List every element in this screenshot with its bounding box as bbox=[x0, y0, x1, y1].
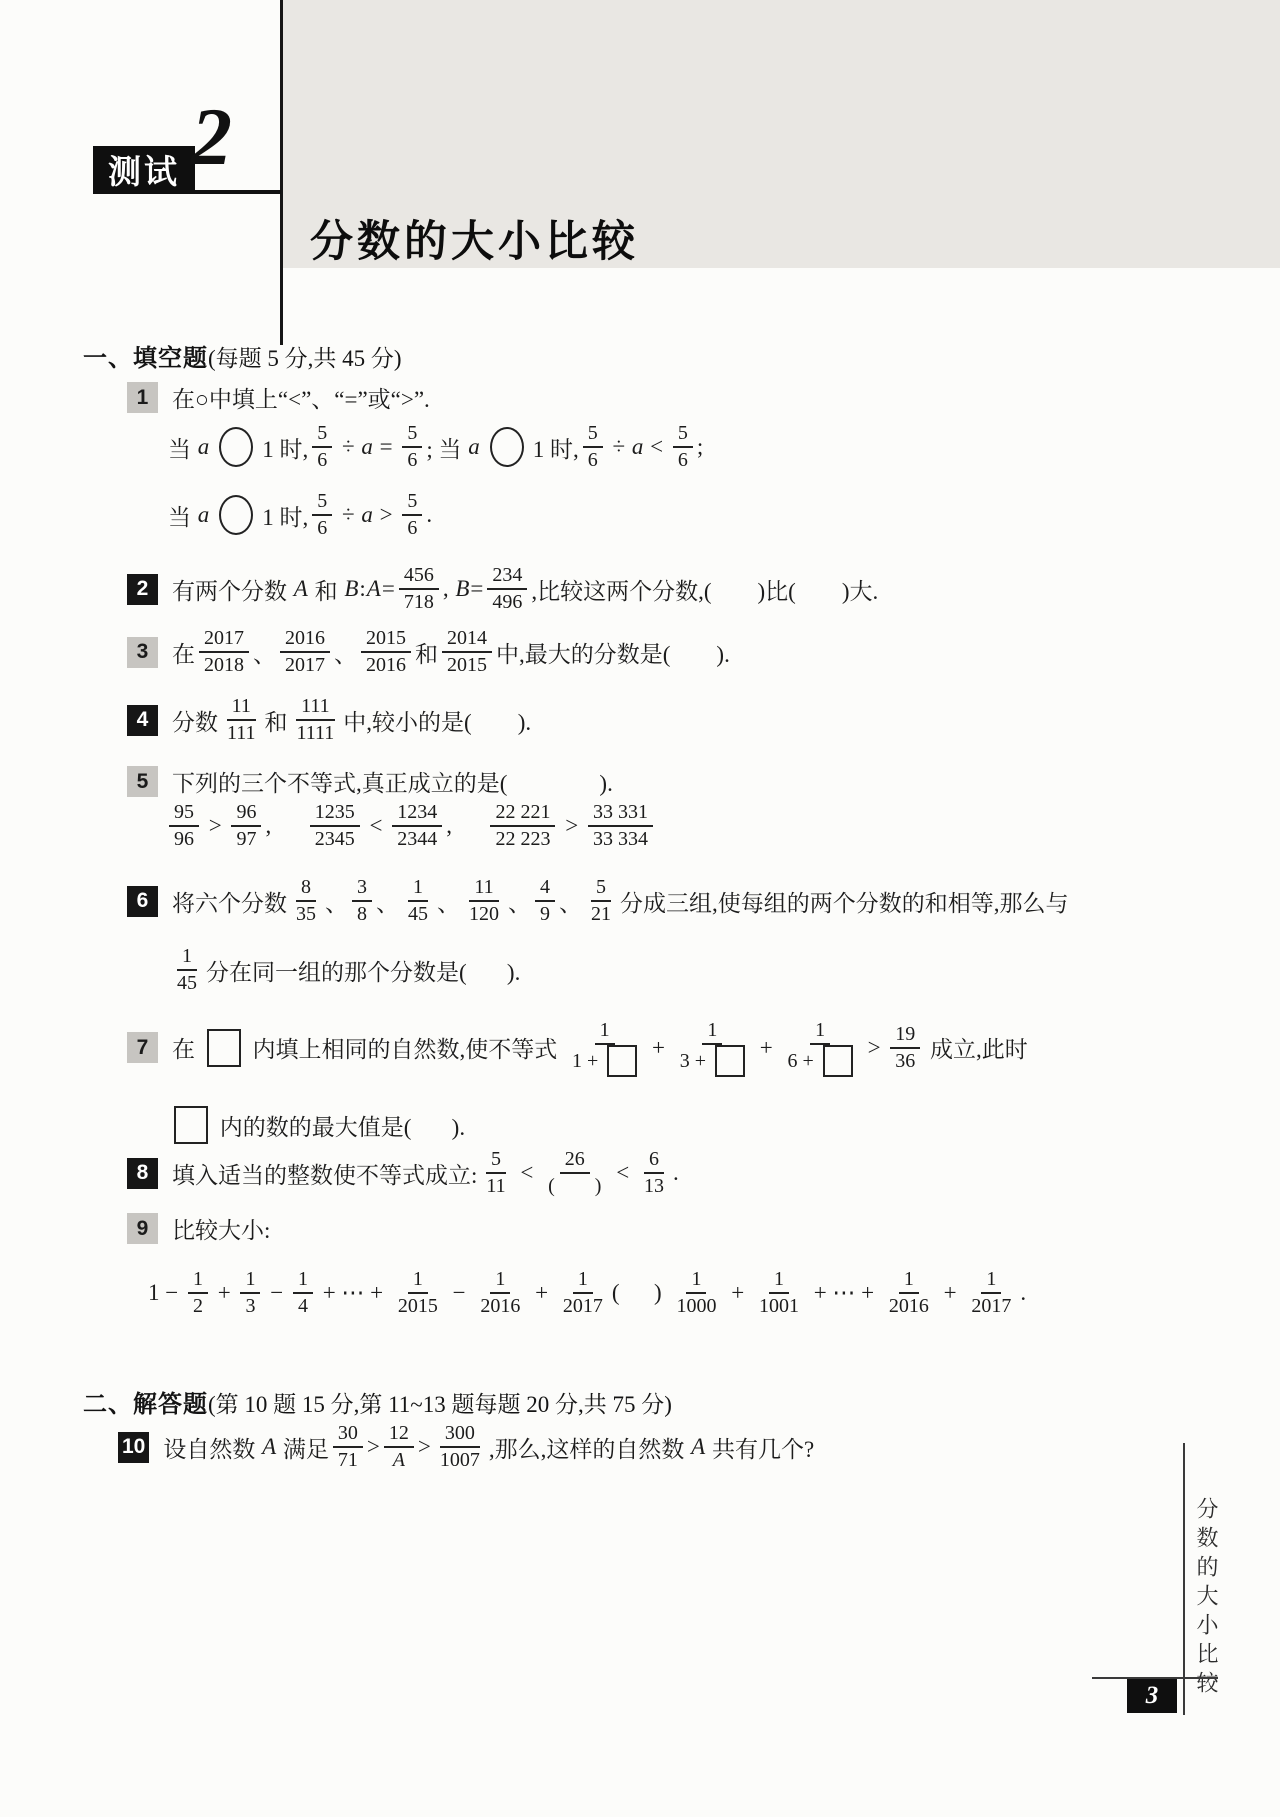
text-run: 成立,此时 bbox=[924, 1031, 1028, 1064]
fraction: 11001 bbox=[754, 1267, 804, 1319]
text-run: 设自然数 bbox=[163, 1431, 261, 1464]
text-run: 5 bbox=[596, 875, 606, 900]
text-run: 中,较小的是( ). bbox=[343, 704, 531, 737]
text-run: 1 bbox=[904, 1267, 914, 1292]
text-run: 在○中填上“<”、“=”或“>”. bbox=[172, 381, 430, 414]
fraction: 49 bbox=[535, 875, 555, 927]
text-run: 2016 bbox=[285, 626, 325, 651]
text-run: 2017 bbox=[285, 653, 325, 678]
fraction: 16 + bbox=[783, 1018, 858, 1077]
question-6-line-2: 145分在同一组的那个分数是( ). bbox=[168, 944, 520, 996]
text-run: 、 bbox=[437, 885, 460, 918]
section-1-heading: 一、填空题(每题 5 分,共 45 分) bbox=[83, 338, 402, 373]
test-label: 测试 bbox=[108, 146, 180, 193]
fraction-denominator: 1 + bbox=[567, 1045, 642, 1077]
fraction-denominator: 97 bbox=[231, 827, 261, 852]
fraction: 56 bbox=[312, 421, 332, 473]
text-run: 21 bbox=[591, 902, 611, 927]
fraction: 20152016 bbox=[361, 626, 411, 678]
fraction-denominator: 120 bbox=[464, 902, 504, 927]
text-run: 456 bbox=[404, 563, 434, 588]
fraction: 20172018 bbox=[199, 626, 249, 678]
text-run: 9 bbox=[540, 902, 550, 927]
math-variable: a bbox=[197, 434, 211, 460]
text-run: 中,最大的分数是( ). bbox=[496, 636, 730, 669]
text-run: 将六个分数 bbox=[172, 885, 287, 918]
fraction: 11120 bbox=[464, 875, 504, 927]
fraction-numerator: 3 bbox=[352, 875, 372, 902]
text-run: = bbox=[470, 576, 483, 602]
question-5-badge: 5 bbox=[127, 766, 158, 797]
text-run: 1 bbox=[193, 1267, 203, 1292]
text-run: < bbox=[610, 1160, 634, 1186]
fraction-numerator: 2015 bbox=[361, 626, 411, 653]
fraction-denominator: 2016 bbox=[475, 1294, 525, 1319]
square-placeholder bbox=[715, 1045, 745, 1077]
fraction: 521 bbox=[586, 875, 616, 927]
fraction: 12352345 bbox=[310, 800, 360, 852]
question-3-line-1: 3在20172018、20162017、20152016和20142015中,最… bbox=[127, 626, 730, 678]
text-run: 1000 bbox=[676, 1294, 716, 1319]
text-run: 26 bbox=[565, 1147, 585, 1172]
text-run: 1007 bbox=[440, 1448, 480, 1473]
text-run: 4 bbox=[298, 1294, 308, 1319]
text-run: 120 bbox=[469, 902, 499, 927]
fraction-numerator: 1 bbox=[981, 1267, 1001, 1294]
square-placeholder bbox=[207, 1029, 241, 1067]
fraction: 56 bbox=[583, 421, 603, 473]
text-run: > bbox=[367, 1434, 380, 1460]
text-run: 、 bbox=[559, 885, 582, 918]
side-tab-title: 分数的大小比较 bbox=[1191, 1497, 1222, 1700]
math-variable: A bbox=[366, 576, 382, 602]
fraction-denominator: 33 334 bbox=[588, 827, 653, 852]
fraction-numerator: 1 bbox=[595, 1018, 615, 1045]
question-7-line-2: 内的数的最大值是( ). bbox=[168, 1106, 465, 1144]
text-run: 和 bbox=[309, 573, 344, 606]
fraction: 20162017 bbox=[280, 626, 330, 678]
worksheet-page: 测试 2 分数的大小比较 一、填空题(每题 5 分,共 45 分) 二、解答题(… bbox=[0, 0, 1280, 1817]
text-run: 1 时, bbox=[262, 431, 308, 464]
fraction-numerator: 456 bbox=[399, 563, 439, 590]
fraction-numerator: 5 bbox=[673, 421, 693, 448]
fraction: 234496 bbox=[487, 563, 527, 615]
fraction-denominator: 96 bbox=[169, 827, 199, 852]
fraction-denominator: 6 bbox=[673, 448, 693, 473]
math-variable: A bbox=[261, 1434, 277, 1460]
fraction: 835 bbox=[291, 875, 321, 927]
text-run: 8 bbox=[301, 875, 311, 900]
fraction-numerator: 1 bbox=[899, 1267, 919, 1294]
text-run: 在 bbox=[172, 1031, 201, 1064]
text-run: + bbox=[212, 1280, 236, 1306]
fraction-denominator: 6 + bbox=[783, 1045, 858, 1077]
fraction-denominator: 2015 bbox=[393, 1294, 443, 1319]
fraction-numerator: 1 bbox=[408, 1267, 428, 1294]
text-run: 2344 bbox=[397, 827, 437, 852]
fraction: 1936 bbox=[890, 1022, 920, 1074]
fraction: 12A bbox=[384, 1421, 414, 1473]
fraction-numerator: 11 bbox=[227, 694, 256, 721]
fraction: 56 bbox=[402, 421, 422, 473]
math-variable: A bbox=[690, 1434, 706, 1460]
text-run: 22 221 bbox=[495, 800, 550, 825]
text-run: 5 bbox=[678, 421, 688, 446]
fraction-numerator: 5 bbox=[583, 421, 603, 448]
text-run: ÷ bbox=[336, 502, 360, 528]
text-run: − bbox=[264, 1280, 288, 1306]
text-run: 5 bbox=[491, 1147, 501, 1172]
fraction-numerator: 8 bbox=[296, 875, 316, 902]
question-9-line-1: 9比较大小: bbox=[127, 1212, 270, 1245]
fraction-denominator: 2 bbox=[188, 1294, 208, 1319]
fraction-numerator: 5 bbox=[402, 489, 422, 516]
fraction-numerator: 5 bbox=[312, 421, 332, 448]
text-run: 填入适当的整数使不等式成立: bbox=[172, 1157, 477, 1190]
fraction-denominator: 1001 bbox=[754, 1294, 804, 1319]
text-run: 在 bbox=[172, 636, 195, 669]
text-run: + bbox=[938, 1280, 962, 1306]
fraction-denominator: 21 bbox=[586, 902, 616, 927]
text-run: 满足 bbox=[277, 1431, 329, 1464]
fraction: 13 + bbox=[675, 1018, 750, 1077]
fraction-denominator: 3 bbox=[240, 1294, 260, 1319]
text-run: 、 bbox=[334, 636, 357, 669]
fraction: 56 bbox=[673, 421, 693, 473]
circle-placeholder bbox=[219, 495, 253, 535]
fraction-numerator: 1 bbox=[702, 1018, 722, 1045]
square-placeholder bbox=[823, 1045, 853, 1077]
text-run: 2016 bbox=[366, 653, 406, 678]
text-run: 19 bbox=[895, 1022, 915, 1047]
fraction-numerator: 2016 bbox=[280, 626, 330, 653]
question-2-badge: 2 bbox=[127, 574, 158, 605]
text-run: 和 bbox=[265, 704, 288, 737]
fraction-denominator: 2345 bbox=[310, 827, 360, 852]
fraction-numerator: 26 bbox=[560, 1147, 590, 1174]
fraction: 56 bbox=[402, 489, 422, 541]
text-run: 6 bbox=[407, 448, 417, 473]
text-run: 、 bbox=[376, 885, 399, 918]
fraction: 456718 bbox=[399, 563, 439, 615]
fraction: 11000 bbox=[671, 1267, 721, 1319]
text-run: 6 bbox=[588, 448, 598, 473]
text-run: 2017 bbox=[563, 1294, 603, 1319]
text-run: 5 bbox=[317, 489, 327, 514]
math-variable: a bbox=[360, 502, 374, 528]
fraction-denominator: A bbox=[387, 1448, 411, 1473]
question-6-badge: 6 bbox=[127, 886, 158, 917]
fraction: 12016 bbox=[884, 1267, 934, 1319]
text-run: 33 331 bbox=[593, 800, 648, 825]
question-8-line-1: 8填入适当的整数使不等式成立:511 < 26( ) < 613. bbox=[127, 1147, 679, 1199]
fraction-denominator: 13 bbox=[639, 1174, 669, 1199]
text-run: 96 bbox=[174, 827, 194, 852]
text-run: ; bbox=[697, 434, 703, 460]
text-run: 45 bbox=[408, 902, 428, 927]
text-run: 内的数的最大值是( ). bbox=[214, 1109, 465, 1142]
header-divider-line bbox=[280, 0, 283, 345]
text-run: 2015 bbox=[447, 653, 487, 678]
fraction-numerator: 1 bbox=[490, 1267, 510, 1294]
question-7-badge: 7 bbox=[127, 1032, 158, 1063]
fraction: 13 bbox=[240, 1267, 260, 1319]
section-1-label: 一、填空题 bbox=[83, 345, 208, 372]
text-run: 比较大小: bbox=[172, 1212, 270, 1245]
math-variable: A bbox=[392, 1448, 406, 1473]
text-run: 234 bbox=[492, 563, 522, 588]
text-run: 1234 bbox=[397, 800, 437, 825]
text-run: > bbox=[559, 813, 583, 839]
fraction-denominator: 71 bbox=[333, 1448, 363, 1473]
fraction-denominator: 2016 bbox=[884, 1294, 934, 1319]
text-run: 45 bbox=[177, 971, 197, 996]
text-run: + bbox=[725, 1280, 749, 1306]
text-run: 5 bbox=[407, 421, 417, 446]
fraction-numerator: 95 bbox=[169, 800, 199, 827]
fraction-denominator: 2344 bbox=[392, 827, 442, 852]
text-run: 2014 bbox=[447, 626, 487, 651]
question-1-line-2: 当 a1 时,56 ÷ a = 56; 当 a1 时,56 ÷ a < 56; bbox=[168, 421, 703, 473]
text-run: 1 + bbox=[572, 1049, 603, 1074]
text-run: 共有几个? bbox=[706, 1431, 814, 1464]
fraction-denominator: 9 bbox=[535, 902, 555, 927]
fraction-denominator: 36 bbox=[890, 1049, 920, 1074]
text-run: 30 bbox=[338, 1421, 358, 1446]
fraction: 9697 bbox=[231, 800, 261, 852]
question-4-badge: 4 bbox=[127, 705, 158, 736]
text-run: 718 bbox=[404, 590, 434, 615]
text-run: ,那么,这样的自然数 bbox=[489, 1431, 690, 1464]
text-run: 、 bbox=[508, 885, 531, 918]
question-1-badge: 1 bbox=[127, 382, 158, 413]
text-run: 12 bbox=[389, 1421, 409, 1446]
text-run: 2 bbox=[193, 1294, 203, 1319]
text-run: 1 bbox=[774, 1267, 784, 1292]
text-run: 1 bbox=[600, 1018, 610, 1043]
fraction: 11 + bbox=[567, 1018, 642, 1077]
math-variable: a bbox=[467, 434, 481, 460]
text-run: 1 bbox=[245, 1267, 255, 1292]
question-5-line-1: 5下列的三个不等式,真正成立的是( ). bbox=[127, 765, 613, 798]
fraction-denominator: 8 bbox=[352, 902, 372, 927]
fraction-numerator: 300 bbox=[440, 1421, 480, 1448]
text-run: 1 时, bbox=[262, 499, 308, 532]
fraction: 38 bbox=[352, 875, 372, 927]
text-run: 111 bbox=[301, 694, 330, 719]
text-run: 95 bbox=[174, 800, 194, 825]
text-run: 2016 bbox=[480, 1294, 520, 1319]
text-run: 2018 bbox=[204, 653, 244, 678]
fraction-numerator: 4 bbox=[535, 875, 555, 902]
test-label-underline bbox=[93, 190, 281, 194]
text-run: + bbox=[754, 1035, 778, 1061]
fraction-numerator: 1235 bbox=[310, 800, 360, 827]
fraction: 12342344 bbox=[392, 800, 442, 852]
fraction-numerator: 2017 bbox=[199, 626, 249, 653]
fraction-denominator: 2015 bbox=[442, 653, 492, 678]
fraction: 9596 bbox=[169, 800, 199, 852]
test-number: 2 bbox=[191, 96, 232, 178]
question-10-line-1: 10设自然数 A 满足3071>12A>3001007,那么,这样的自然数 A … bbox=[118, 1421, 814, 1473]
text-run: 分成三组,使每组的两个分数的和相等,那么与 bbox=[620, 885, 1069, 918]
text-run: 6 + bbox=[788, 1049, 819, 1074]
square-placeholder bbox=[607, 1045, 637, 1077]
fraction-numerator: 30 bbox=[333, 1421, 363, 1448]
fraction-denominator: ( ) bbox=[543, 1174, 606, 1199]
math-variable: a bbox=[631, 434, 645, 460]
fraction-denominator: 2018 bbox=[199, 653, 249, 678]
text-run: ; 当 bbox=[426, 431, 467, 464]
text-run: + bbox=[529, 1280, 553, 1306]
fraction-numerator: 1 bbox=[240, 1267, 260, 1294]
text-run: > bbox=[203, 813, 227, 839]
text-run: 496 bbox=[492, 590, 522, 615]
fraction: 1111111 bbox=[292, 694, 340, 746]
text-run: > bbox=[418, 1434, 431, 1460]
text-run: 1 bbox=[986, 1267, 996, 1292]
question-3-badge: 3 bbox=[127, 637, 158, 668]
fraction-denominator: 6 bbox=[402, 448, 422, 473]
fraction-numerator: 2014 bbox=[442, 626, 492, 653]
text-run: 4 bbox=[540, 875, 550, 900]
section-2-label: 二、解答题 bbox=[83, 1391, 208, 1418]
text-run: 1 − bbox=[148, 1280, 184, 1306]
math-variable: B bbox=[343, 576, 359, 602]
text-run: 有两个分数 bbox=[172, 573, 293, 606]
fraction: 12 bbox=[188, 1267, 208, 1319]
fraction-denominator: 2017 bbox=[558, 1294, 608, 1319]
section-2-note: (第 10 题 15 分,第 11~13 题每题 20 分,共 75 分) bbox=[208, 1392, 672, 1417]
fraction-denominator: 6 bbox=[312, 448, 332, 473]
text-run: 6 bbox=[317, 516, 327, 541]
text-run: . bbox=[673, 1160, 679, 1186]
text-run: = bbox=[382, 576, 395, 602]
fraction-denominator: 2017 bbox=[966, 1294, 1016, 1319]
page-number: 3 bbox=[1146, 1682, 1159, 1710]
text-run: 6 bbox=[407, 516, 417, 541]
fraction-numerator: 1234 bbox=[392, 800, 442, 827]
text-run: 3 bbox=[245, 1294, 255, 1319]
fraction-numerator: 33 331 bbox=[588, 800, 653, 827]
math-variable: A bbox=[293, 576, 309, 602]
text-run: 71 bbox=[338, 1448, 358, 1473]
fraction-numerator: 5 bbox=[402, 421, 422, 448]
text-run: 96 bbox=[236, 800, 256, 825]
fraction: 12016 bbox=[475, 1267, 525, 1319]
question-4-line-1: 4分数11111和1111111中,较小的是( ). bbox=[127, 694, 531, 746]
page-title: 分数的大小比较 bbox=[310, 208, 639, 269]
fraction: 22 22122 223 bbox=[490, 800, 555, 852]
text-run: ( ) bbox=[612, 1280, 668, 1306]
question-10-badge: 10 bbox=[118, 1432, 149, 1463]
fraction-numerator: 1 bbox=[293, 1267, 313, 1294]
fraction-numerator: 1 bbox=[188, 1267, 208, 1294]
text-run: 6 bbox=[649, 1147, 659, 1172]
circle-placeholder bbox=[490, 427, 524, 467]
fraction-denominator: 1007 bbox=[435, 1448, 485, 1473]
fraction-numerator: 1 bbox=[408, 875, 428, 902]
text-run: < bbox=[364, 813, 388, 839]
fraction-denominator: 1111 bbox=[292, 721, 340, 746]
fraction-denominator: 45 bbox=[172, 971, 202, 996]
text-run: 2015 bbox=[366, 626, 406, 651]
question-1-line-3: 当 a1 时,56 ÷ a > 56. bbox=[168, 489, 432, 541]
section-1-note: (每题 5 分,共 45 分) bbox=[208, 346, 402, 371]
text-run: 33 334 bbox=[593, 827, 648, 852]
text-run: + bbox=[646, 1035, 670, 1061]
question-7-line-1: 7在 内填上相同的自然数,使不等式 11 + + 13 + + 16 + > 1… bbox=[127, 1018, 1028, 1077]
text-run: 2015 bbox=[398, 1294, 438, 1319]
text-run: 11 bbox=[486, 1174, 505, 1199]
fraction-numerator: 5 bbox=[591, 875, 611, 902]
fraction: 12017 bbox=[558, 1267, 608, 1319]
text-run: 8 bbox=[357, 902, 367, 927]
text-run: 22 223 bbox=[495, 827, 550, 852]
page-number-box: 3 bbox=[1127, 1679, 1177, 1713]
square-placeholder bbox=[174, 1106, 208, 1144]
fraction-denominator: 35 bbox=[291, 902, 321, 927]
side-tab-rule bbox=[1183, 1443, 1185, 1715]
fraction: 20142015 bbox=[442, 626, 492, 678]
text-run: , bbox=[443, 576, 455, 602]
fraction: 11111 bbox=[222, 694, 261, 746]
fraction: 145 bbox=[403, 875, 433, 927]
fraction: 56 bbox=[312, 489, 332, 541]
fraction: 613 bbox=[639, 1147, 669, 1199]
text-run: 3 bbox=[357, 875, 367, 900]
text-run: 2016 bbox=[889, 1294, 929, 1319]
text-run: 1235 bbox=[315, 800, 355, 825]
fraction: 14 bbox=[293, 1267, 313, 1319]
fraction-numerator: 96 bbox=[231, 800, 261, 827]
fraction: 145 bbox=[172, 944, 202, 996]
text-run: 1 bbox=[578, 1267, 588, 1292]
text-run: 35 bbox=[296, 902, 316, 927]
fraction-numerator: 5 bbox=[312, 489, 332, 516]
text-run: + ⋯ + bbox=[808, 1280, 880, 1306]
fraction-numerator: 111 bbox=[296, 694, 335, 721]
fraction-numerator: 1 bbox=[769, 1267, 789, 1294]
text-run: 1 bbox=[298, 1267, 308, 1292]
text-run: 1 时, bbox=[533, 431, 579, 464]
text-run: < bbox=[644, 434, 668, 460]
text-run: 1 bbox=[413, 1267, 423, 1292]
text-run: . bbox=[1020, 1280, 1026, 1306]
question-9-line-2: 1 − 12 + 13 − 14 + ⋯ + 12015 − 12016 + 1… bbox=[148, 1267, 1026, 1319]
text-run: 和 bbox=[415, 636, 438, 669]
text-run: 111 bbox=[227, 721, 256, 746]
fraction-numerator: 22 221 bbox=[490, 800, 555, 827]
text-run: 5 bbox=[407, 489, 417, 514]
text-run: 1111 bbox=[297, 721, 335, 746]
circle-placeholder bbox=[219, 427, 253, 467]
text-run: , bbox=[265, 813, 305, 839]
fraction-denominator: 718 bbox=[399, 590, 439, 615]
fraction-denominator: 6 bbox=[583, 448, 603, 473]
question-8-badge: 8 bbox=[127, 1158, 158, 1189]
text-run: 13 bbox=[644, 1174, 664, 1199]
fraction-denominator: 6 bbox=[402, 516, 422, 541]
text-run: 分数 bbox=[172, 704, 218, 737]
test-label-box: 测试 bbox=[93, 146, 195, 193]
fraction-numerator: 19 bbox=[890, 1022, 920, 1049]
fraction-denominator: 45 bbox=[403, 902, 433, 927]
text-run: ÷ bbox=[607, 434, 631, 460]
fraction-numerator: 6 bbox=[644, 1147, 664, 1174]
text-run: ( ) bbox=[548, 1174, 601, 1199]
text-run: 2345 bbox=[315, 827, 355, 852]
